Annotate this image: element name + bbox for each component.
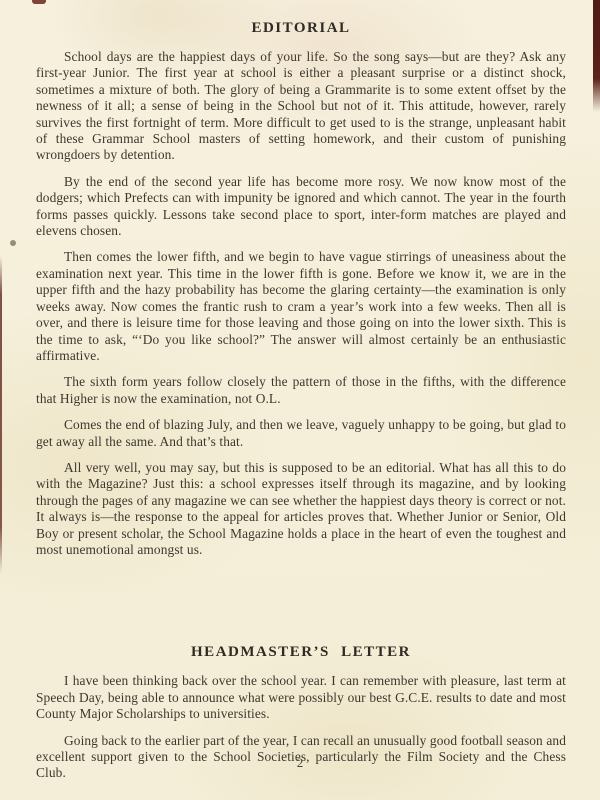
letter-paragraph: I have been thinking back over the schoo… bbox=[36, 673, 566, 722]
scanned-magazine-page: EDITORIAL School days are the happiest d… bbox=[0, 0, 600, 800]
scan-edge-artifact-right bbox=[593, 0, 600, 112]
page-number: 2 bbox=[0, 755, 600, 771]
editorial-paragraph: The sixth form years follow closely the … bbox=[36, 374, 566, 407]
editorial-paragraph: School days are the happiest days of you… bbox=[36, 49, 566, 164]
scan-edge-artifact-top bbox=[32, 0, 46, 4]
editorial-title: EDITORIAL bbox=[36, 20, 566, 37]
paper-speck bbox=[10, 240, 16, 246]
editorial-paragraph: By the end of the second year life has b… bbox=[36, 174, 566, 240]
editorial-section: EDITORIAL School days are the happiest d… bbox=[36, 20, 566, 558]
page-content: EDITORIAL School days are the happiest d… bbox=[36, 20, 566, 792]
scan-edge-artifact-left bbox=[0, 256, 2, 574]
headmasters-letter-title: HEADMASTER’S LETTER bbox=[36, 644, 566, 661]
editorial-body: School days are the happiest days of you… bbox=[36, 49, 566, 558]
editorial-paragraph: All very well, you may say, but this is … bbox=[36, 460, 566, 558]
editorial-paragraph: Comes the end of blazing July, and then … bbox=[36, 417, 566, 450]
editorial-paragraph: Then comes the lower fifth, and we begin… bbox=[36, 249, 566, 364]
